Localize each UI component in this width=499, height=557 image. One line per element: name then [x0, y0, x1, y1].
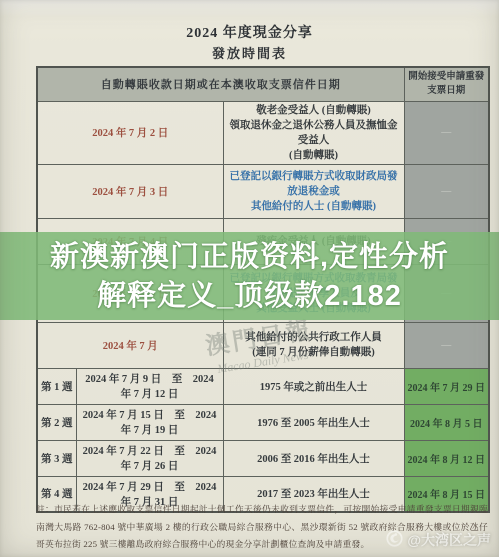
weibo-watermark: @大湾区之声	[386, 530, 491, 550]
promo-overlay-line1: 新澳新澳门正版资料,定性分析	[50, 239, 449, 275]
week-row: 第 1 週 2024 年 7 月 9 日 至 2024 年 7 月 12 日 1…	[37, 368, 489, 404]
birth-year-group-cell: 1976 至 2005 年出生人士	[223, 404, 404, 440]
weibo-watermark-text: @大湾区之声	[407, 530, 491, 550]
week-row: 第 2 週 2024 年 7 月 15 日 至 2024 年 7 月 19 日 …	[37, 404, 489, 440]
week-label-cell: 第 1 週	[37, 368, 76, 404]
promo-overlay-line2: 解释定义_顶级款2.182	[97, 278, 402, 314]
week-label-cell: 第 2 週	[37, 404, 76, 440]
table-row: 2024 年 7 月 3 日 已登記以銀行轉賬方式收取財政局發放退稅金或 其他給…	[37, 164, 489, 218]
mail-date-range-cell: 2024 年 7 月 9 日 至 2024 年 7 月 12 日	[76, 368, 223, 404]
resend-date-cell: 2024 年 8 月 5 日	[404, 404, 489, 440]
promo-overlay-banner: 新澳新澳门正版资料,定性分析 解释定义_顶级款2.182	[0, 232, 499, 320]
week-label-cell: 第 3 週	[37, 440, 76, 476]
table-row: 2024 年 7 月 2 日 敬老金受益人 (自動轉賬) 領取退休金之退休公務人…	[37, 101, 489, 164]
resend-date-cell: 2024 年 7 月 29 日	[404, 368, 489, 404]
resend-date-cell: 2024 年 8 月 12 日	[404, 440, 489, 476]
document-title-line1: 2024 年度現金分享	[0, 22, 499, 42]
recipient-desc-cell: 已登記以銀行轉賬方式收取財政局發放退稅金或 其他給付的人士 (自動轉賬)	[223, 164, 404, 218]
mail-date-range-cell: 2024 年 7 月 22 日 至 2024 年 7 月 26 日	[76, 440, 223, 476]
resend-date-cell: —	[404, 322, 489, 368]
week-row: 第 3 週 2024 年 7 月 22 日 至 2024 年 7 月 26 日 …	[37, 440, 489, 476]
birth-year-group-cell: 1975 年或之前出生人士	[223, 368, 404, 404]
resend-date-cell: —	[404, 164, 489, 218]
header-transfer-date: 自動轉賬收款日期或在本澳收取支票信件日期	[37, 67, 404, 101]
header-resend-date: 開始接受申請重發 支票日期	[404, 67, 489, 101]
document-title-line2: 發放時間表	[0, 43, 499, 62]
weibo-logo-icon	[386, 530, 403, 550]
recipient-desc-cell: 其他給付的公共行政工作人員 (連同 7 月份薪俸自動轉賬)	[223, 322, 404, 368]
table-header-row: 自動轉賬收款日期或在本澳收取支票信件日期 開始接受申請重發 支票日期	[37, 67, 489, 101]
resend-date-cell: —	[404, 101, 489, 164]
payout-date-cell: 2024 年 7 月 3 日	[37, 164, 223, 218]
payout-date-cell: 2024 年 7 月	[37, 322, 223, 368]
payout-date-cell: 2024 年 7 月 2 日	[37, 101, 223, 164]
table-row: 2024 年 7 月 其他給付的公共行政工作人員 (連同 7 月份薪俸自動轉賬)…	[37, 322, 489, 368]
recipient-desc-cell: 敬老金受益人 (自動轉賬) 領取退休金之退休公務人員及撫恤金受益人 (自動轉賬)	[223, 101, 404, 164]
mail-date-range-cell: 2024 年 7 月 15 日 至 2024 年 7 月 19 日	[76, 404, 223, 440]
birth-year-group-cell: 2006 至 2016 年出生人士	[223, 440, 404, 476]
